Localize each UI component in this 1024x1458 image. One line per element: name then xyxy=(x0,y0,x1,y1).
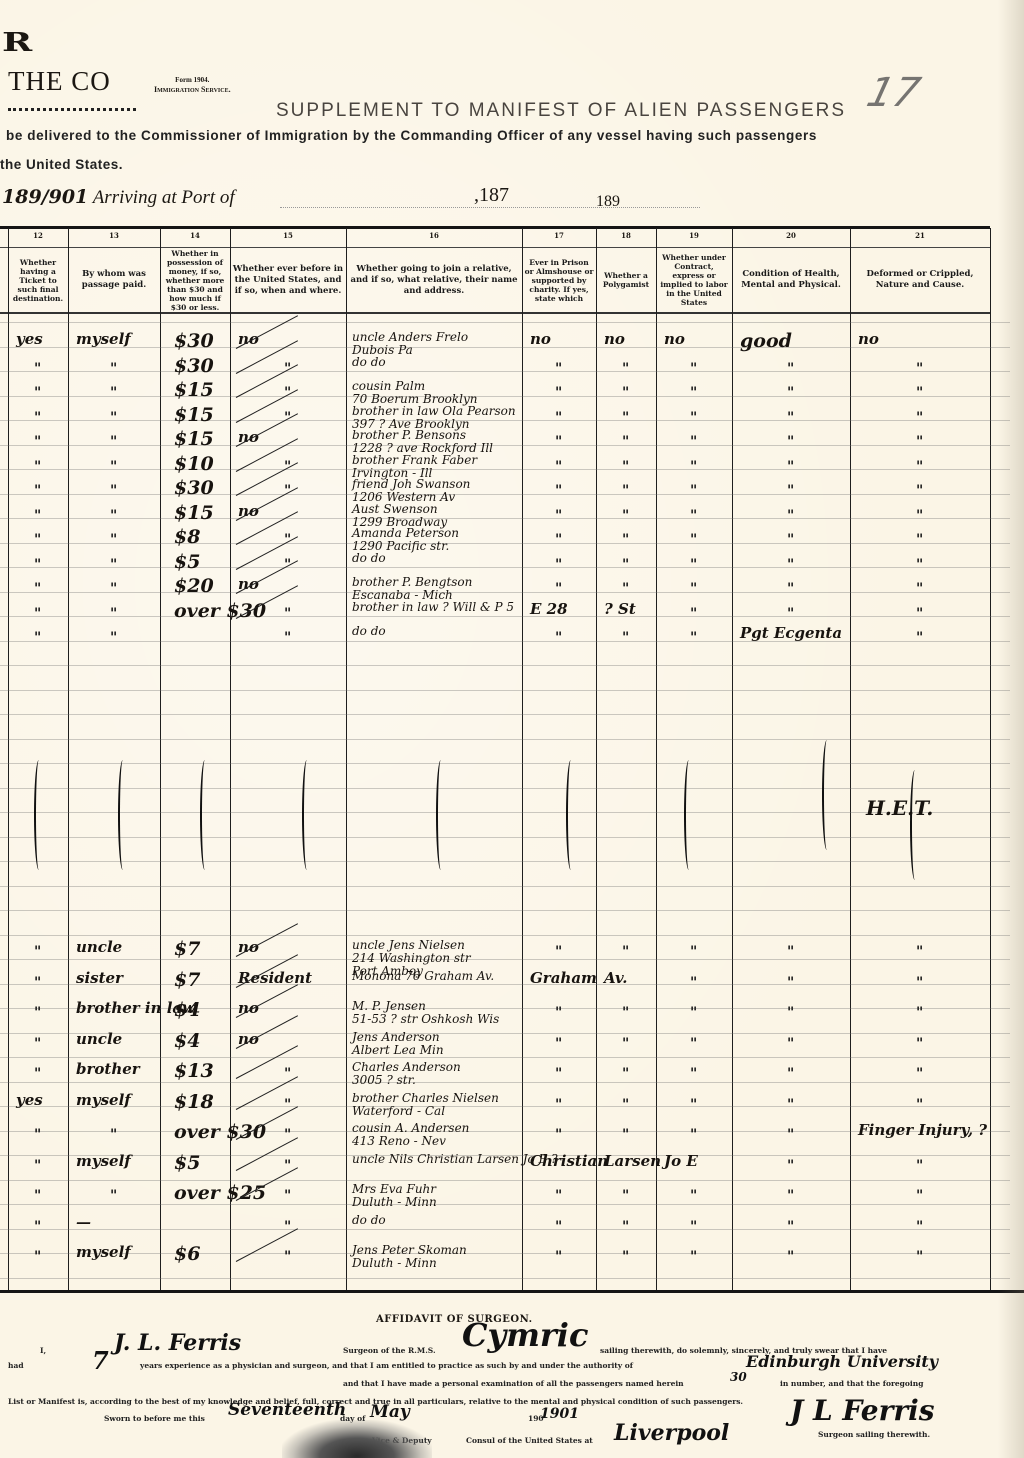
port-blank xyxy=(280,207,700,208)
cell-paid-by: myself xyxy=(76,330,131,348)
ditto-mark: " xyxy=(555,630,562,646)
cell-money: $8 xyxy=(174,526,200,548)
ditto-mark: " xyxy=(110,630,117,646)
ditto-mark: " xyxy=(690,532,697,548)
column-header: Whether going to join a relative, and if… xyxy=(348,252,520,308)
ditto-mark: " xyxy=(690,581,697,597)
bracket-mark xyxy=(302,760,310,870)
cell-money: over $25 xyxy=(174,1182,266,1204)
cell-paid-by: brother xyxy=(76,1060,140,1078)
ditto-mark: " xyxy=(787,975,794,991)
ruled-line xyxy=(0,1082,1010,1083)
ruled-line xyxy=(0,812,1010,813)
ditto-mark: " xyxy=(555,361,562,377)
cell-relative: Aust Swenson xyxy=(352,502,438,516)
ditto-mark: " xyxy=(787,483,794,499)
cell-money: $4 xyxy=(174,999,200,1021)
ditto-mark: " xyxy=(916,508,923,524)
delivery-instruction: be delivered to the Commissioner of Immi… xyxy=(6,128,817,143)
ditto-mark: " xyxy=(34,532,41,548)
ditto-mark: " xyxy=(787,1036,794,1052)
ruled-line xyxy=(0,788,1010,789)
cell-prison: E 28 xyxy=(530,600,568,618)
ink-smudge xyxy=(282,1420,432,1458)
ditto-mark: " xyxy=(787,410,794,426)
cell-relative: uncle Nils Christian Larsen Jo E ? xyxy=(352,1152,558,1166)
ditto-mark: " xyxy=(34,508,41,524)
ditto-mark: " xyxy=(34,1158,41,1174)
cell-relative: Waterford - Cal xyxy=(352,1104,445,1118)
ditto-mark: " xyxy=(34,483,41,499)
ditto-mark: " xyxy=(622,459,629,475)
ruled-line xyxy=(0,1106,1010,1107)
bracket-mark xyxy=(118,760,126,870)
ditto-mark: " xyxy=(622,1249,629,1265)
ruled-line xyxy=(0,1180,1010,1181)
cell-paid-by: sister xyxy=(76,969,123,987)
cell-paid-by: myself xyxy=(76,1243,131,1261)
form-number: Form 1904. Immigration Service. xyxy=(154,76,231,94)
cell-deformed: no xyxy=(858,330,879,348)
column-header: Whether a Polygamist xyxy=(598,252,654,308)
aff-years-text: years experience as a physician and surg… xyxy=(140,1361,633,1370)
cell-relative: do do xyxy=(352,551,386,565)
ruled-line xyxy=(0,935,1010,936)
aff-in-number: in number, and that the foregoing xyxy=(780,1379,923,1388)
ditto-mark: " xyxy=(916,410,923,426)
ditto-mark: " xyxy=(34,975,41,991)
cell-relative: brother in law Ola Pearson xyxy=(352,404,516,418)
ditto-mark: " xyxy=(690,1219,697,1235)
column-header: Whether under Contract, express or impli… xyxy=(658,252,730,308)
ditto-mark: " xyxy=(34,385,41,401)
ditto-mark: " xyxy=(555,1097,562,1113)
ditto-mark: " xyxy=(110,459,117,475)
cell-money: $30 xyxy=(174,355,214,377)
ditto-mark: " xyxy=(555,508,562,524)
bracket-mark xyxy=(910,770,918,880)
ditto-mark: " xyxy=(34,459,41,475)
ditto-mark: " xyxy=(555,1188,562,1204)
cell-polygamist: no xyxy=(604,330,625,348)
cell-money: $15 xyxy=(174,428,214,450)
ruled-line xyxy=(0,322,1010,323)
ditto-mark: " xyxy=(555,1219,562,1235)
ditto-mark: " xyxy=(284,630,291,646)
cell-money: $6 xyxy=(174,1243,200,1265)
ditto-mark: " xyxy=(622,557,629,573)
cell-relative: uncle Anders Frelo xyxy=(352,330,468,344)
ditto-mark: " xyxy=(555,1066,562,1082)
ditto-mark: " xyxy=(555,581,562,597)
ditto-mark: " xyxy=(110,483,117,499)
ditto-mark: " xyxy=(555,410,562,426)
ditto-mark: " xyxy=(555,944,562,960)
ruled-line xyxy=(0,1204,1010,1205)
aff-examination: and that I have made a personal examinat… xyxy=(343,1379,684,1388)
ruled-line xyxy=(0,616,1010,617)
corner-letter: R xyxy=(2,28,31,58)
ruled-line xyxy=(0,959,1010,960)
ditto-mark: " xyxy=(916,1066,923,1082)
ditto-mark: " xyxy=(622,581,629,597)
ruled-line xyxy=(0,396,1010,397)
column-number: 13 xyxy=(68,231,160,240)
cell-money: $7 xyxy=(174,938,200,960)
ditto-mark: " xyxy=(555,1127,562,1143)
ditto-mark: " xyxy=(622,1097,629,1113)
cell-prison: Christian xyxy=(530,1152,608,1170)
cell-relative: cousin A. Andersen xyxy=(352,1121,469,1135)
bracket-mark xyxy=(436,760,444,870)
cell-relative: Charles Anderson xyxy=(352,1060,461,1074)
ruled-line xyxy=(0,739,1010,740)
date-printed-1: ,187 xyxy=(474,184,509,207)
ditto-mark: " xyxy=(690,1005,697,1021)
cell-relative: do do xyxy=(352,355,386,369)
cell-polygamist: Av. xyxy=(604,969,627,987)
ditto-mark: " xyxy=(34,1127,41,1143)
ditto-mark: " xyxy=(110,1188,117,1204)
ditto-mark: " xyxy=(787,1127,794,1143)
cell-relative: cousin Palm xyxy=(352,379,425,393)
header-rule xyxy=(0,247,990,248)
ditto-mark: " xyxy=(555,532,562,548)
ditto-mark: " xyxy=(787,1097,794,1113)
ditto-mark: " xyxy=(690,410,697,426)
ruled-line xyxy=(0,445,1010,446)
ruled-line xyxy=(0,567,1010,568)
cell-health: good xyxy=(740,330,792,352)
ditto-mark: " xyxy=(34,1249,41,1265)
column-number: 14 xyxy=(160,231,230,240)
ditto-mark: " xyxy=(555,1036,562,1052)
ditto-mark: " xyxy=(622,410,629,426)
ruled-line xyxy=(0,420,1010,421)
ruled-line xyxy=(0,371,1010,372)
ditto-mark: " xyxy=(916,1188,923,1204)
ditto-mark: " xyxy=(787,944,794,960)
cell-money: $4 xyxy=(174,1030,200,1052)
ditto-mark: " xyxy=(284,1249,291,1265)
manifest-page xyxy=(0,0,1024,1458)
bracket-mark xyxy=(566,760,574,870)
cell-relative: M. P. Jensen xyxy=(352,999,426,1013)
ditto-mark: " xyxy=(110,581,117,597)
surgeon-name: J. L. Ferris xyxy=(114,1330,241,1356)
cell-relative: brother Frank Faber xyxy=(352,453,477,467)
ditto-mark: " xyxy=(916,630,923,646)
margin-note: H.E.T. xyxy=(866,796,933,820)
ditto-mark: " xyxy=(690,508,697,524)
cell-relative: uncle Jens Nielsen xyxy=(352,938,465,952)
ruled-line xyxy=(0,1278,1010,1279)
column-header: By whom was passage paid. xyxy=(70,252,158,308)
surgeon-caption: Surgeon sailing therewith. xyxy=(818,1430,930,1439)
cell-ticket: yes xyxy=(16,330,43,348)
cell-money: $30 xyxy=(174,477,214,499)
ruled-line xyxy=(0,1253,1010,1254)
ruled-line xyxy=(0,518,1010,519)
form-title-fragment: THE CO xyxy=(8,66,111,97)
ditto-mark: " xyxy=(690,483,697,499)
ditto-mark: " xyxy=(916,606,923,622)
column-header: Whether having a Ticket to such final de… xyxy=(10,252,66,308)
aff-i: I, xyxy=(40,1346,46,1355)
ditto-mark: " xyxy=(555,385,562,401)
ruled-line xyxy=(0,837,1010,838)
ditto-mark: " xyxy=(284,606,291,622)
ditto-mark: " xyxy=(622,1036,629,1052)
cell-paid-by: uncle xyxy=(76,1030,122,1048)
service-name: Immigration Service. xyxy=(154,85,231,94)
cell-relative: friend Joh Swanson xyxy=(352,477,470,491)
cell-relative: do do xyxy=(352,1213,386,1227)
cell-money: $30 xyxy=(174,330,214,352)
cell-relative: do do xyxy=(352,624,386,638)
ditto-mark: " xyxy=(622,508,629,524)
supplement-title: SUPPLEMENT TO MANIFEST OF ALIEN PASSENGE… xyxy=(276,100,846,122)
page-edge-shadow xyxy=(998,0,1024,1458)
ruled-line xyxy=(0,641,1010,642)
ditto-mark: " xyxy=(622,361,629,377)
cell-paid-by: myself xyxy=(76,1091,131,1109)
ditto-mark: " xyxy=(284,1188,291,1204)
ditto-mark: " xyxy=(916,1005,923,1021)
ditto-mark: " xyxy=(690,630,697,646)
cell-relative: Monona 76 Graham Av. xyxy=(352,969,494,983)
ruled-line xyxy=(0,763,1010,764)
ruled-line xyxy=(0,714,1010,715)
cell-relative: brother P. Bensons xyxy=(352,428,466,442)
ruled-line xyxy=(0,690,1010,691)
cell-money: $10 xyxy=(174,453,214,475)
ruled-line xyxy=(0,494,1010,495)
ruled-line xyxy=(0,984,1010,985)
ditto-mark: " xyxy=(787,385,794,401)
ruled-line xyxy=(0,1057,1010,1058)
cell-money: over $30 xyxy=(174,600,266,622)
ditto-mark: " xyxy=(690,606,697,622)
ditto-mark: " xyxy=(690,944,697,960)
ditto-mark: " xyxy=(34,630,41,646)
cell-contract: Jo E xyxy=(664,1152,698,1170)
cell-relative: Mrs Eva Fuhr xyxy=(352,1182,436,1196)
column-header: Whether ever before in the United States… xyxy=(232,252,344,308)
cell-money: $15 xyxy=(174,502,214,524)
ditto-mark: " xyxy=(916,975,923,991)
ditto-mark: " xyxy=(690,1066,697,1082)
ditto-mark: " xyxy=(34,361,41,377)
ruled-line xyxy=(0,886,1010,887)
column-number: 20 xyxy=(732,231,850,240)
aff-surgeon-of: Surgeon of the R.M.S. xyxy=(343,1346,436,1355)
sworn-year: 1901 xyxy=(540,1406,579,1422)
ditto-mark: " xyxy=(622,1005,629,1021)
column-number: 15 xyxy=(230,231,346,240)
cell-paid-by: uncle xyxy=(76,938,122,956)
ditto-mark: " xyxy=(555,483,562,499)
cell-prison: no xyxy=(530,330,551,348)
ditto-mark: " xyxy=(34,557,41,573)
column-header: Condition of Health, Mental and Physical… xyxy=(734,252,848,308)
cell-health: Pgt Ecgenta xyxy=(740,624,842,642)
cell-relative: Jens Peter Skoman xyxy=(352,1243,467,1257)
ditto-mark: " xyxy=(622,630,629,646)
cell-relative: Jens Anderson xyxy=(352,1030,440,1044)
cell-money: $5 xyxy=(174,551,200,573)
ditto-mark: " xyxy=(690,434,697,450)
cell-money: $15 xyxy=(174,404,214,426)
ruled-line xyxy=(0,665,1010,666)
ditto-mark: " xyxy=(690,1097,697,1113)
bracket-mark xyxy=(684,760,692,870)
ditto-mark: " xyxy=(916,532,923,548)
ditto-mark: " xyxy=(110,532,117,548)
ditto-mark: " xyxy=(690,1036,697,1052)
ruled-line xyxy=(0,592,1010,593)
consul-location: Liverpool xyxy=(614,1420,729,1446)
cell-money: $13 xyxy=(174,1060,214,1082)
ditto-mark: " xyxy=(916,483,923,499)
cell-relative: 3005 ? str. xyxy=(352,1073,416,1087)
column-number: 18 xyxy=(596,231,656,240)
aff-consul: Consul of the United States at xyxy=(466,1436,593,1445)
ditto-mark: " xyxy=(916,361,923,377)
cell-relative: brother P. Bengtson xyxy=(352,575,472,589)
ditto-mark: " xyxy=(555,459,562,475)
form-number-text: Form 1904. xyxy=(154,76,231,85)
delivery-instruction-2: the United States. xyxy=(0,157,123,172)
table-top-rule xyxy=(0,226,990,229)
ruled-line xyxy=(0,861,1010,862)
ditto-mark: " xyxy=(34,1036,41,1052)
ditto-mark: " xyxy=(34,1005,41,1021)
cell-relative: Albert Lea Min xyxy=(352,1043,444,1057)
cell-deformed: Finger Injury, ? xyxy=(858,1121,987,1139)
column-number: 21 xyxy=(850,231,990,240)
ditto-mark: " xyxy=(34,1066,41,1082)
ditto-mark: " xyxy=(34,944,41,960)
years-experience: 7 xyxy=(92,1346,109,1375)
ditto-mark: " xyxy=(555,1249,562,1265)
ditto-mark: " xyxy=(690,1249,697,1265)
ditto-mark: " xyxy=(916,944,923,960)
ditto-mark: " xyxy=(110,361,117,377)
ditto-mark: " xyxy=(555,1005,562,1021)
ditto-mark: " xyxy=(110,410,117,426)
ditto-mark: " xyxy=(690,385,697,401)
ditto-mark: " xyxy=(787,606,794,622)
cell-contract: no xyxy=(664,330,685,348)
cell-relative: 214 Washington str xyxy=(352,951,471,965)
ditto-mark: " xyxy=(622,483,629,499)
ditto-mark: " xyxy=(555,557,562,573)
ditto-mark: " xyxy=(916,434,923,450)
header-rule-bottom xyxy=(0,312,990,314)
surgeon-signature: J L Ferris xyxy=(790,1394,935,1427)
ditto-mark: " xyxy=(916,1036,923,1052)
aff-had: had xyxy=(8,1361,24,1370)
ditto-mark: " xyxy=(787,508,794,524)
ditto-mark: " xyxy=(787,459,794,475)
cell-relative: Duluth - Minn xyxy=(352,1195,437,1209)
ditto-mark: " xyxy=(787,532,794,548)
cell-relative: brother Charles Nielsen xyxy=(352,1091,499,1105)
column-number: 16 xyxy=(346,231,522,240)
cell-money: $15 xyxy=(174,379,214,401)
ditto-mark: " xyxy=(110,385,117,401)
ditto-mark: " xyxy=(34,1188,41,1204)
ditto-mark: " xyxy=(690,557,697,573)
ruled-line xyxy=(0,910,1010,911)
column-header: Ever in Prison or Almshouse or supported… xyxy=(524,252,594,308)
ditto-mark: " xyxy=(34,410,41,426)
ditto-mark: " xyxy=(916,1219,923,1235)
cell-money: $18 xyxy=(174,1091,214,1113)
date-printed-2: 189 xyxy=(596,193,620,211)
ditto-mark: " xyxy=(916,1097,923,1113)
ditto-mark: " xyxy=(787,361,794,377)
ditto-mark: " xyxy=(787,1219,794,1235)
ruled-line xyxy=(0,543,1010,544)
cell-relative: 413 Reno - Nev xyxy=(352,1134,446,1148)
ditto-mark: " xyxy=(34,1219,41,1235)
ditto-mark: " xyxy=(555,434,562,450)
ditto-mark: " xyxy=(916,581,923,597)
column-number: 19 xyxy=(656,231,732,240)
column-number: 12 xyxy=(8,231,68,240)
cell-polygamist: Larsen xyxy=(604,1152,661,1170)
ditto-mark: " xyxy=(690,361,697,377)
cell-money: over $30 xyxy=(174,1121,266,1143)
bracket-mark xyxy=(200,760,208,870)
cell-money: $7 xyxy=(174,969,200,991)
ditto-mark: " xyxy=(34,581,41,597)
ship-name: Cymric xyxy=(462,1316,588,1354)
sworn-month: May xyxy=(370,1402,410,1422)
ditto-mark: " xyxy=(110,606,117,622)
passenger-count: 30 xyxy=(730,1370,747,1384)
ditto-mark: " xyxy=(916,459,923,475)
ditto-mark: " xyxy=(622,1127,629,1143)
ditto-mark: " xyxy=(690,1127,697,1143)
ruled-line xyxy=(0,469,1010,470)
ditto-mark: " xyxy=(916,385,923,401)
ditto-mark: " xyxy=(690,1188,697,1204)
authority: Edinburgh University xyxy=(746,1352,938,1371)
cell-relative: Duluth - Minn xyxy=(352,1256,437,1270)
ditto-mark: " xyxy=(690,975,697,991)
ditto-mark: " xyxy=(622,385,629,401)
ditto-mark: " xyxy=(916,1158,923,1174)
cell-relative: Amanda Peterson xyxy=(352,526,459,540)
ditto-mark: " xyxy=(916,1249,923,1265)
ditto-mark: " xyxy=(34,606,41,622)
ditto-mark: " xyxy=(622,1066,629,1082)
bracket-mark xyxy=(822,740,830,850)
sworn-day: Seventeenth xyxy=(228,1400,346,1420)
column-number: 17 xyxy=(522,231,596,240)
cell-money: $5 xyxy=(174,1152,200,1174)
ditto-mark: " xyxy=(622,944,629,960)
cell-ticket: yes xyxy=(16,1091,43,1109)
ruled-line xyxy=(0,1229,1010,1230)
ditto-mark: " xyxy=(622,1188,629,1204)
arriving-line: 189/901 Arriving at Port of xyxy=(2,186,235,209)
table-bottom-rule xyxy=(0,1290,1024,1293)
aff-sworn: Sworn to before me this xyxy=(104,1414,205,1423)
